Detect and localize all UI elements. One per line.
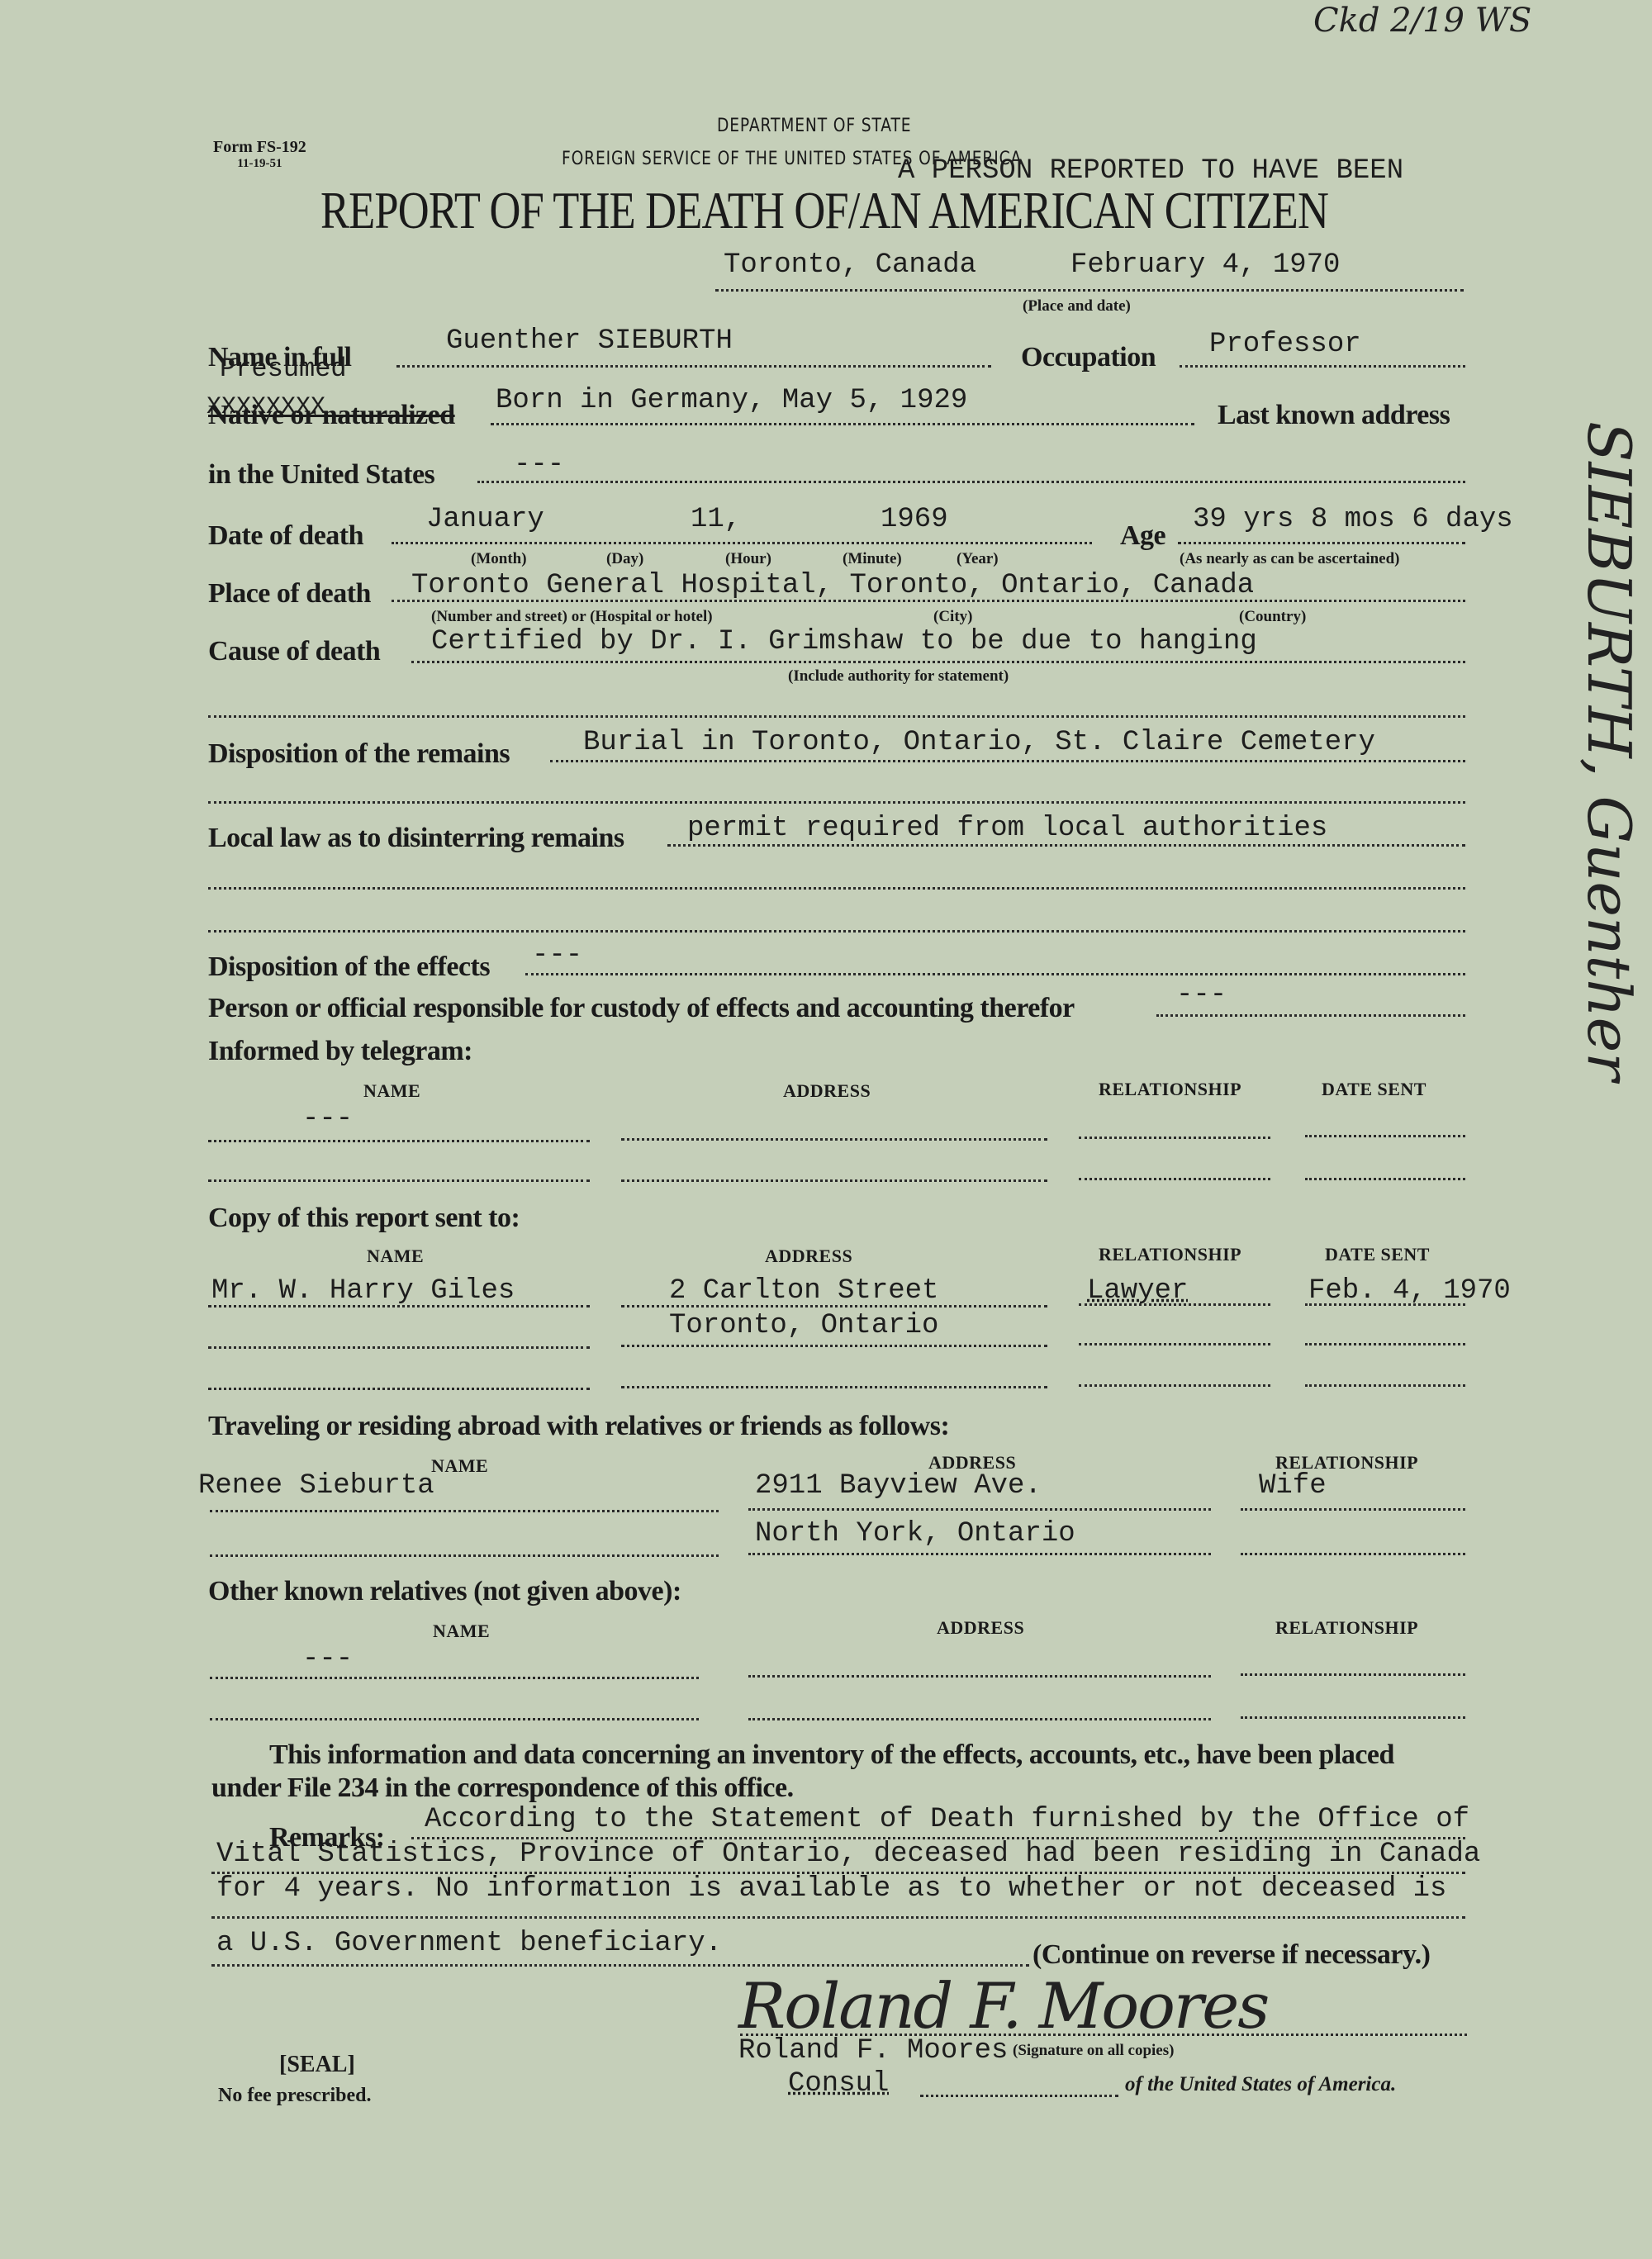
date-of-death-label: Date of death [208, 520, 363, 552]
other-line [1241, 1716, 1465, 1719]
age-caption: (As nearly as can be ascertained) [1180, 550, 1400, 568]
custody-value: --- [1176, 980, 1227, 1011]
caption-country: (Country) [1239, 608, 1306, 626]
age-line [1178, 542, 1465, 544]
form-date: 11-19-51 [213, 155, 306, 172]
margin-name-annotation: SIEBURTH, Guenther [1574, 421, 1644, 1081]
copy-line [621, 1386, 1047, 1388]
copy-line [1305, 1303, 1465, 1306]
copy-line [208, 1305, 590, 1307]
traveling-row-address: 2911 Bayview Ave. [755, 1470, 1042, 1502]
seal-label: [SEAL] [279, 2052, 355, 2078]
telegram-line [1079, 1137, 1270, 1139]
us-address-label: in the United States [208, 459, 434, 491]
traveling-title: Traveling or residing abroad with relati… [208, 1411, 949, 1442]
effects-value: --- [532, 940, 582, 971]
copy-line [1079, 1303, 1270, 1306]
copy-row-date-sent: Feb. 4, 1970 [1308, 1275, 1511, 1307]
traveling-line [210, 1510, 719, 1512]
cause-caption: (Include authority for statement) [788, 667, 1009, 686]
fee-note: No fee prescribed. [218, 2085, 372, 2107]
remains-extra-line [208, 801, 1465, 804]
caption-month: (Month) [471, 550, 527, 568]
dod-month: January [426, 504, 544, 535]
remarks-line-4: a U.S. Government beneficiary. [216, 1928, 722, 1959]
traveling-line [1241, 1508, 1465, 1511]
copy-line [621, 1345, 1047, 1347]
copy-row-address-line2: Toronto, Ontario [669, 1310, 938, 1341]
telegram-row-name: --- [302, 1103, 353, 1135]
traveling-row-relationship: Wife [1259, 1470, 1327, 1502]
us-address-value: --- [514, 449, 564, 481]
telegram-line [208, 1179, 590, 1182]
telegram-line [208, 1140, 590, 1142]
continue-note: (Continue on reverse if necessary.) [1032, 1939, 1430, 1971]
telegram-line [621, 1179, 1047, 1182]
local-law-line [667, 844, 1465, 847]
age-value: 39 yrs 8 mos 6 days [1193, 504, 1513, 535]
other-line [1241, 1673, 1465, 1676]
remains-label: Disposition of the remains [208, 738, 510, 770]
remarks-line-2: Vital Statistics, Province of Ontario, d… [216, 1839, 1480, 1870]
traveling-row-address-line2: North York, Ontario [755, 1518, 1075, 1550]
telegram-col-name: NAME [363, 1080, 420, 1102]
signer-title-line [920, 2095, 1118, 2097]
remarks-underline [211, 1964, 1029, 1967]
copy-line [1079, 1384, 1270, 1387]
local-law-label: Local law as to disinterring remains [208, 823, 624, 854]
caption-day: (Day) [606, 550, 643, 568]
other-col-relationship: RELATIONSHIP [1275, 1617, 1418, 1639]
traveling-line [1241, 1553, 1465, 1555]
copy-line [1079, 1343, 1270, 1345]
dod-year: 1969 [881, 504, 948, 535]
place-of-death-label: Place of death [208, 578, 371, 610]
occupation-line [1180, 365, 1465, 368]
form-number-block: Form FS-192 11-19-51 [213, 139, 306, 172]
copy-sent-title: Copy of this report sent to: [208, 1203, 520, 1234]
telegram-line [1305, 1178, 1465, 1180]
local-law-extra-line-2 [208, 930, 1465, 933]
inventory-line-1: This information and data concerning an … [269, 1739, 1394, 1771]
local-law-extra-line-1 [208, 887, 1465, 890]
cause-of-death-value: Certified by Dr. I. Grimshaw to be due t… [431, 626, 1257, 657]
telegram-col-address: ADDRESS [783, 1080, 871, 1102]
place-of-death-value: Toronto General Hospital, Toronto, Ontar… [411, 570, 1254, 601]
caption-minute: (Minute) [843, 550, 902, 568]
native-value: Born in Germany, May 5, 1929 [496, 385, 967, 416]
age-label: Age [1120, 520, 1165, 552]
local-law-value: permit required from local authorities [687, 813, 1327, 844]
handwritten-signature: Roland F. Moores [738, 1969, 1268, 2043]
other-line [748, 1718, 1211, 1720]
other-relatives-title: Other known relatives (not given above): [208, 1576, 681, 1607]
copy-row-relationship: Lawyer [1087, 1275, 1188, 1307]
other-line [210, 1718, 699, 1720]
other-line [210, 1677, 699, 1679]
telegram-line [621, 1138, 1047, 1141]
department-heading: DEPARTMENT OF STATE [717, 116, 911, 136]
report-date: February 4, 1970 [1070, 249, 1340, 281]
name-value: Guenther SIEBURTH [446, 325, 733, 357]
effects-line [525, 973, 1465, 975]
traveling-row-name: Renee Sieburta [198, 1470, 434, 1502]
presumed-overtype: Presumed [220, 354, 347, 384]
signer-suffix: of the United States of America. [1125, 2073, 1396, 2096]
report-place: Toronto, Canada [724, 249, 976, 281]
place-date-caption: (Place and date) [1023, 297, 1131, 316]
copy-col-name: NAME [367, 1246, 424, 1267]
copy-row-address: 2 Carlton Street [669, 1275, 938, 1307]
traveling-col-name: NAME [431, 1455, 488, 1477]
telegram-col-relationship: RELATIONSHIP [1099, 1079, 1241, 1100]
telegram-title: Informed by telegram: [208, 1036, 472, 1067]
caption-street-hospital: (Number and street) or (Hospital or hote… [431, 608, 713, 626]
effects-label: Disposition of the effects [208, 952, 490, 983]
native-line [491, 423, 1194, 425]
caption-year: (Year) [957, 550, 999, 568]
remarks-underline [211, 1916, 1465, 1919]
signer-title: Consul [788, 2068, 889, 2100]
place-date-line [715, 289, 1464, 292]
telegram-line [1305, 1135, 1465, 1137]
native-label: Native or naturalized [208, 400, 455, 431]
custody-line [1156, 1014, 1465, 1017]
telegram-line [1079, 1178, 1270, 1180]
signature-caption: (Signature on all copies) [1013, 2042, 1174, 2060]
date-of-death-line [392, 542, 1092, 544]
place-of-death-line [392, 600, 1465, 602]
traveling-line [748, 1553, 1211, 1555]
copy-line [1305, 1343, 1465, 1345]
caption-city: (City) [933, 608, 972, 626]
remarks-line-1: According to the Statement of Death furn… [425, 1804, 1469, 1835]
inventory-line-2: under File 234 in the correspondence of … [211, 1773, 794, 1804]
traveling-line [210, 1554, 719, 1557]
copy-line [1305, 1384, 1465, 1387]
copy-col-date-sent: DATE SENT [1325, 1244, 1430, 1265]
other-col-name: NAME [433, 1621, 490, 1642]
custody-label: Person or official responsible for custo… [208, 993, 1075, 1024]
copy-col-address: ADDRESS [765, 1246, 852, 1267]
telegram-col-date-sent: DATE SENT [1322, 1079, 1427, 1100]
us-address-line [477, 481, 1465, 483]
traveling-line [748, 1508, 1211, 1511]
copy-row-name: Mr. W. Harry Giles [211, 1275, 515, 1307]
other-col-address: ADDRESS [937, 1617, 1024, 1639]
form-number: Form FS-192 [213, 139, 306, 155]
remains-value: Burial in Toronto, Ontario, St. Claire C… [583, 727, 1375, 758]
caption-hour: (Hour) [725, 550, 771, 568]
other-row-name: --- [302, 1644, 353, 1675]
cause-extra-line [208, 715, 1465, 718]
page-title: REPORT OF THE DEATH OF/AN AMERICAN CITIZ… [320, 180, 1328, 241]
name-line [396, 365, 991, 368]
copy-line [208, 1346, 590, 1349]
last-address-label: Last known address [1218, 400, 1450, 431]
remarks-line-3: for 4 years. No information is available… [216, 1873, 1446, 1905]
remains-line [550, 760, 1465, 762]
cause-of-death-label: Cause of death [208, 636, 380, 667]
dod-day: 11, [691, 504, 741, 535]
occupation-label: Occupation [1021, 342, 1156, 373]
copy-col-relationship: RELATIONSHIP [1099, 1244, 1241, 1265]
other-line [748, 1675, 1211, 1678]
typed-signer-name: Roland F. Moores [738, 2035, 1008, 2067]
copy-line [621, 1305, 1047, 1307]
copy-line [208, 1388, 590, 1390]
occupation-value: Professor [1209, 329, 1361, 360]
cause-of-death-line [411, 661, 1465, 663]
checked-annotation: Ckd 2/19 WS [1313, 2, 1531, 40]
